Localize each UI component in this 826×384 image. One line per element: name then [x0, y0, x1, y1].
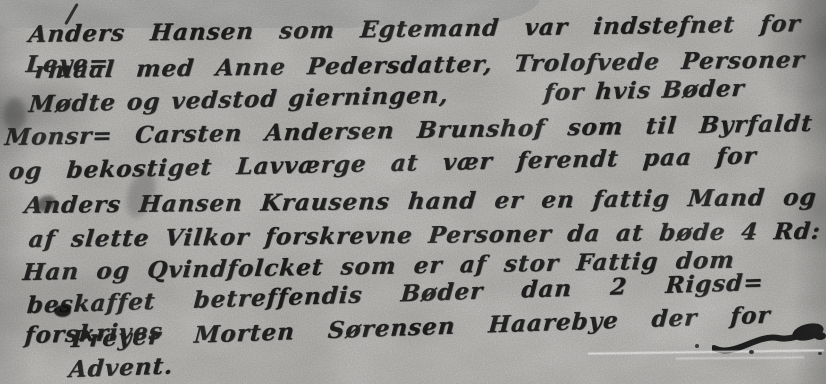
manuscript-line-3-right: for hvis Bøder	[543, 74, 746, 109]
manuscript-line-3-left: Mødte og vedstod gierningen,	[28, 80, 450, 120]
ink-dot	[818, 352, 822, 355]
charcoal-smudge	[4, 98, 26, 132]
ink-dot	[749, 350, 754, 354]
ink-spot	[54, 305, 71, 317]
manuscript-scan: Anders Hansen som Egtemand var indstefne…	[0, 0, 826, 384]
ink-dot	[695, 344, 699, 348]
